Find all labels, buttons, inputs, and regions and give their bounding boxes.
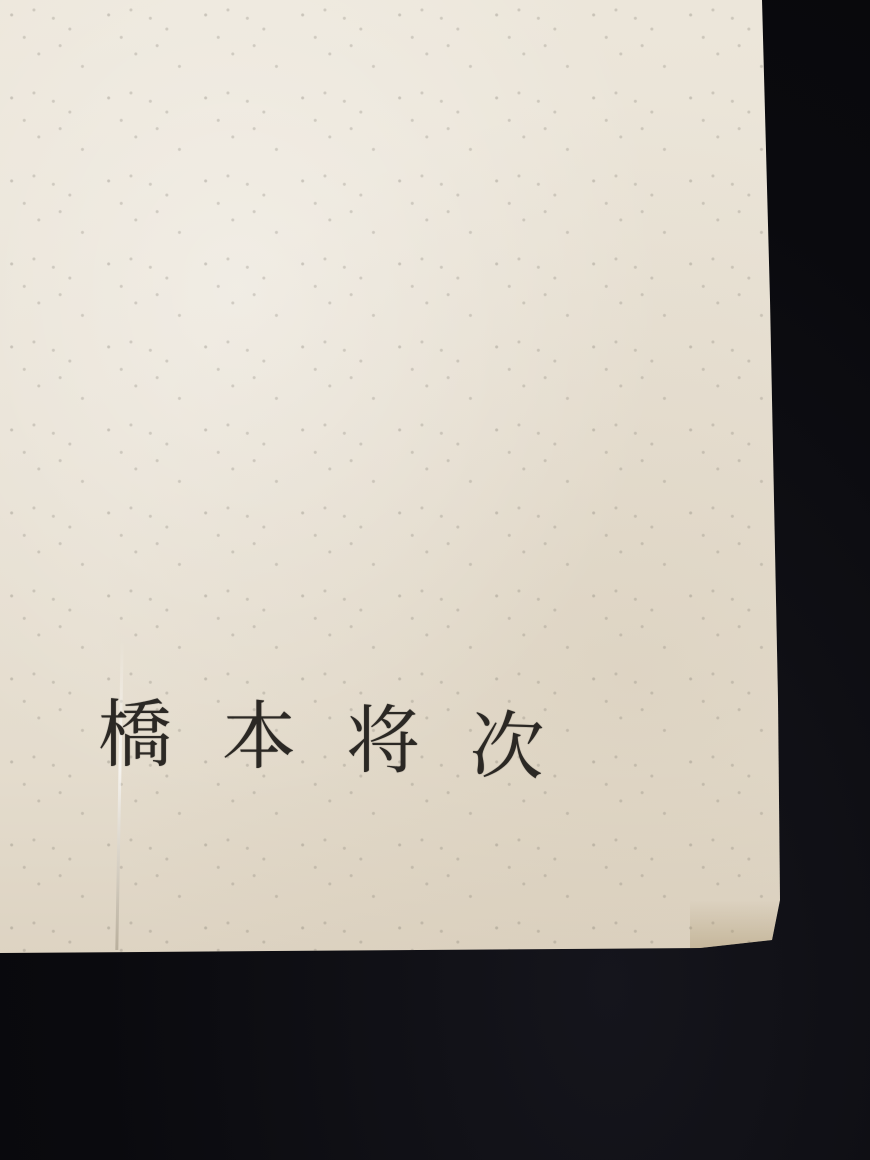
name-char-2: 本 xyxy=(222,700,296,774)
name-char-4: 次 xyxy=(469,709,546,786)
name-char-3: 将 xyxy=(346,704,420,778)
printed-name: 橋 本 将 次 xyxy=(98,698,544,772)
paper-card: 橋 本 将 次 xyxy=(0,0,790,960)
name-char-1: 橋 xyxy=(98,698,172,772)
